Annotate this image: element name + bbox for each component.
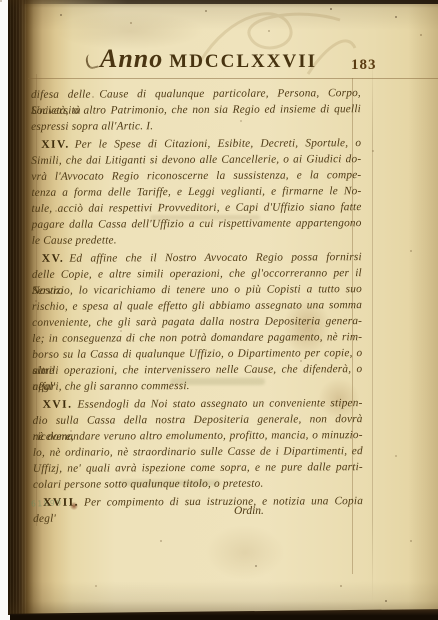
section-number: XVII. bbox=[33, 497, 84, 509]
right-edge-shade bbox=[408, 0, 438, 615]
manuscript-line: espressi sopra all'Artic. I. bbox=[31, 117, 361, 135]
manuscript-line: simili operazioni, che intervenissero ne… bbox=[32, 361, 362, 379]
manuscript-line: dio sulla Cassa della nostra Depositeria… bbox=[33, 411, 363, 429]
manuscript-line: lo, nè ordinario, nè straordinario sulle… bbox=[33, 443, 363, 461]
manuscript-line: XVI.Essendogli da Noi stato assegnato un… bbox=[33, 395, 363, 413]
manuscript-line: affari, che gli saranno commessi. bbox=[32, 377, 362, 395]
header-year: AnnoMDCCLXXVII bbox=[86, 44, 317, 74]
page-number: 183 bbox=[351, 57, 377, 74]
manuscript-line: XVII.Per compimento di sua istruzione, e… bbox=[33, 493, 363, 511]
section-number: XIV. bbox=[31, 139, 75, 151]
manuscript-line: vrà l'Avvocato Regio riconoscerne la sus… bbox=[31, 167, 361, 185]
manuscript-line: colari persone sotto qualunque titolo, o… bbox=[33, 475, 363, 493]
manuscript-line: Società, o altro Patrimonio, che non sia… bbox=[31, 101, 361, 119]
manuscript-line: XIV.Per le Spese di Citazioni, Esibite, … bbox=[31, 135, 361, 153]
section-number: XV. bbox=[32, 253, 70, 265]
manuscript-line: le Cause predette. bbox=[32, 231, 362, 249]
manuscript-line: Simili, che dai Litiganti si devono alle… bbox=[31, 151, 361, 169]
frame-rule-top bbox=[28, 78, 438, 79]
header-roman-year: MDCCLXXVII bbox=[169, 51, 317, 72]
section-number: XVI. bbox=[33, 399, 78, 411]
manuscript-line: delle Copie, e altre simili operazioni, … bbox=[32, 265, 362, 283]
header-anno: Anno bbox=[100, 44, 163, 73]
manuscript-line: le; in conseguenza di che non potrà doma… bbox=[32, 329, 362, 347]
manuscript-line: rischio, e spesa al quale effetto gli ab… bbox=[32, 297, 362, 315]
pen-flourish-icon bbox=[84, 53, 98, 70]
catchword: Ordin. bbox=[234, 505, 264, 517]
manuscript-line: conveniente, che gli sarà pagata dalla n… bbox=[32, 313, 362, 331]
manuscript-line: tenza a forma delle Tariffe, e Leggi veg… bbox=[31, 183, 361, 201]
manuscript-scan: AnnoMDCCLXXVII 183 61899 difesa delle Ca… bbox=[0, 0, 438, 620]
manuscript-line: difesa delle Cause di qualunque particol… bbox=[31, 85, 361, 103]
manuscript-line: tule, acciò dai respettivi Provveditori,… bbox=[31, 199, 361, 217]
page-crease bbox=[372, 55, 373, 602]
manuscript-text-block: difesa delle Cause di qualunque particol… bbox=[31, 85, 363, 511]
manuscript-line: pagare dalla Cassa dell'Uffizio a cui ri… bbox=[32, 215, 362, 233]
manuscript-line: Servizio, lo vicarichiamo di tenere uno … bbox=[32, 281, 362, 299]
manuscript-line: XV.Ed affine che il Nostro Avvocato Regi… bbox=[32, 249, 362, 267]
manuscript-line: Uffizj, ne' quali avrà ispezione come so… bbox=[33, 459, 363, 477]
manuscript-line: borso su la Cassa di qualunque Uffizio, … bbox=[32, 345, 362, 363]
paper-speckles bbox=[0, 0, 2, 2]
manuscript-line: nè domandare veruno altro emolumento, pr… bbox=[33, 427, 363, 445]
book-gutter bbox=[10, 0, 26, 614]
